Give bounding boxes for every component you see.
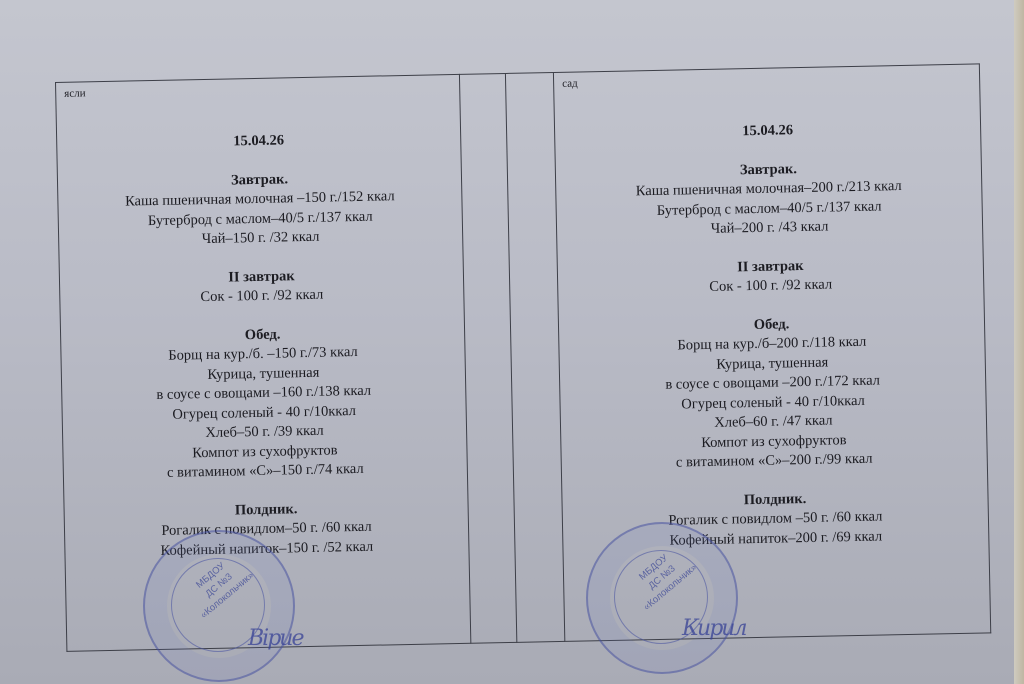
meal-second-breakfast: II завтрак Сок - 100 г. /92 ккал xyxy=(60,263,464,310)
menu-date: 15.04.26 xyxy=(555,117,980,145)
meal-second-breakfast: II завтрак Сок - 100 г. /92 ккал xyxy=(558,253,984,301)
menu-nursery: 15.04.26 Завтрак. Каша пшеничная молочна… xyxy=(57,128,468,563)
signature-right: Кирил xyxy=(682,616,745,641)
menu-date: 15.04.26 xyxy=(57,128,460,156)
cell-label-kindergarten: сад xyxy=(554,64,979,94)
cell-label-nursery: ясли xyxy=(56,75,459,104)
meal-breakfast: Завтрак. Каша пшеничная молочная –150 г.… xyxy=(58,166,462,252)
signature-left: Вірие xyxy=(248,626,302,651)
official-stamp-right: МБДОУ ДС №3 «Колокольчик» xyxy=(586,522,738,674)
official-stamp-left: МБДОУ ДС №3 «Колокольчик» xyxy=(143,530,295,682)
meal-breakfast: Завтрак. Каша пшеничная молочная–200 г./… xyxy=(556,156,982,243)
menu-kindergarten: 15.04.26 Завтрак. Каша пшеничная молочна… xyxy=(555,117,988,552)
meal-lunch: Обед. Борщ на кур./б–200 г./118 ккал Кур… xyxy=(559,311,987,475)
page-edge xyxy=(1014,0,1024,684)
meal-lunch: Обед. Борщ на кур./б. –150 г./73 ккал Ку… xyxy=(61,321,467,485)
